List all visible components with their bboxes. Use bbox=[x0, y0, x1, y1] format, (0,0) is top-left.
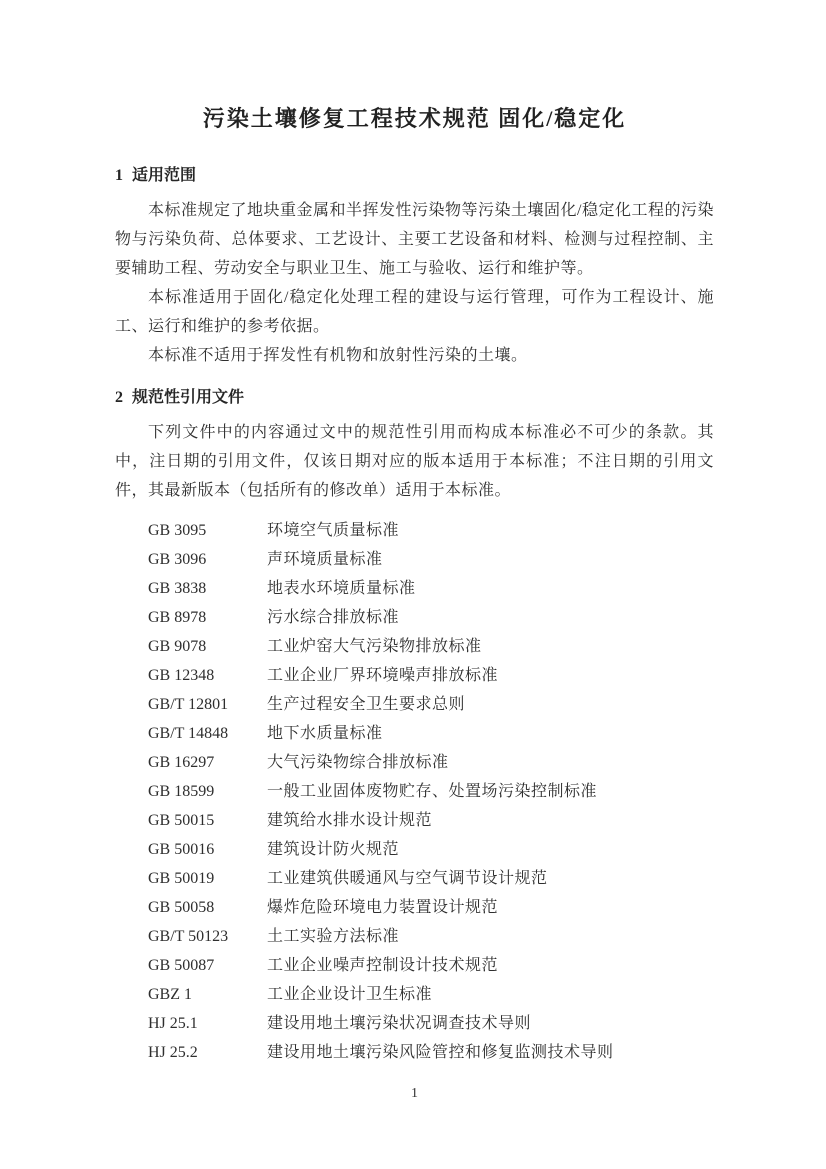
reference-title: 土工实验方法标准 bbox=[267, 922, 714, 951]
reference-code: HJ 25.1 bbox=[148, 1009, 267, 1038]
reference-row: GB 18599 一般工业固体废物贮存、处置场污染控制标准 bbox=[115, 777, 714, 806]
reference-title: 声环境质量标准 bbox=[267, 545, 714, 574]
reference-code: GB 3838 bbox=[148, 574, 267, 603]
paragraph: 下列文件中的内容通过文中的规范性引用而构成本标准必不可少的条款。其中，注日期的引… bbox=[115, 418, 714, 505]
reference-row: GB 3096 声环境质量标准 bbox=[115, 545, 714, 574]
reference-title: 建设用地土壤污染状况调查技术导则 bbox=[267, 1009, 714, 1038]
reference-code: GB 50015 bbox=[148, 806, 267, 835]
reference-row: GB 16297 大气污染物综合排放标准 bbox=[115, 748, 714, 777]
section-normative-references: 2规范性引用文件 下列文件中的内容通过文中的规范性引用而构成本标准必不可少的条款… bbox=[115, 387, 714, 1067]
reference-title: 建筑设计防火规范 bbox=[267, 835, 714, 864]
reference-title: 地表水环境质量标准 bbox=[267, 574, 714, 603]
paragraph: 本标准不适用于挥发性有机物和放射性污染的土壤。 bbox=[115, 341, 714, 370]
reference-row: HJ 25.1 建设用地土壤污染状况调查技术导则 bbox=[115, 1009, 714, 1038]
section-scope-paragraphs: 本标准规定了地块重金属和半挥发性污染物等污染土壤固化/稳定化工程的污染物与污染负… bbox=[115, 196, 714, 370]
reference-row: GB 3838 地表水环境质量标准 bbox=[115, 574, 714, 603]
reference-code: GB/T 14848 bbox=[148, 719, 267, 748]
reference-row: HJ 25.2 建设用地土壤污染风险管控和修复监测技术导则 bbox=[115, 1038, 714, 1067]
reference-title: 工业炉窑大气污染物排放标准 bbox=[267, 632, 714, 661]
section-references-heading: 2规范性引用文件 bbox=[115, 387, 714, 408]
reference-title: 一般工业固体废物贮存、处置场污染控制标准 bbox=[267, 777, 714, 806]
reference-code: GB 16297 bbox=[148, 748, 267, 777]
reference-list: GB 3095 环境空气质量标准 GB 3096 声环境质量标准 GB 3838… bbox=[115, 516, 714, 1067]
reference-code: GB 18599 bbox=[148, 777, 267, 806]
reference-code: GB 50016 bbox=[148, 835, 267, 864]
reference-code: GB 9078 bbox=[148, 632, 267, 661]
reference-code: GB 8978 bbox=[148, 603, 267, 632]
reference-code: GB 3095 bbox=[148, 516, 267, 545]
reference-title: 生产过程安全卫生要求总则 bbox=[267, 690, 714, 719]
reference-row: GB 12348 工业企业厂界环境噪声排放标准 bbox=[115, 661, 714, 690]
section-scope-heading: 1适用范围 bbox=[115, 165, 714, 186]
reference-code: GB 3096 bbox=[148, 545, 267, 574]
section-title: 适用范围 bbox=[132, 167, 196, 184]
reference-row: GB/T 12801 生产过程安全卫生要求总则 bbox=[115, 690, 714, 719]
paragraph: 本标准规定了地块重金属和半挥发性污染物等污染土壤固化/稳定化工程的污染物与污染负… bbox=[115, 196, 714, 283]
reference-row: GB 50015 建筑给水排水设计规范 bbox=[115, 806, 714, 835]
reference-title: 爆炸危险环境电力装置设计规范 bbox=[267, 893, 714, 922]
reference-row: GB 50016 建筑设计防火规范 bbox=[115, 835, 714, 864]
reference-title: 环境空气质量标准 bbox=[267, 516, 714, 545]
reference-row: GB 50087 工业企业噪声控制设计技术规范 bbox=[115, 951, 714, 980]
reference-row: GB 9078 工业炉窑大气污染物排放标准 bbox=[115, 632, 714, 661]
reference-row: GB/T 14848 地下水质量标准 bbox=[115, 719, 714, 748]
paragraph: 本标准适用于固化/稳定化处理工程的建设与运行管理，可作为工程设计、施工、运行和维… bbox=[115, 283, 714, 341]
reference-title: 工业企业噪声控制设计技术规范 bbox=[267, 951, 714, 980]
document-page: 污染土壤修复工程技术规范 固化/稳定化 1适用范围 本标准规定了地块重金属和半挥… bbox=[0, 0, 826, 1169]
reference-code: GB/T 50123 bbox=[148, 922, 267, 951]
reference-title: 污水综合排放标准 bbox=[267, 603, 714, 632]
section-references-paragraphs: 下列文件中的内容通过文中的规范性引用而构成本标准必不可少的条款。其中，注日期的引… bbox=[115, 418, 714, 505]
section-title: 规范性引用文件 bbox=[132, 389, 244, 406]
reference-row: GB 8978 污水综合排放标准 bbox=[115, 603, 714, 632]
reference-code: GB/T 12801 bbox=[148, 690, 267, 719]
reference-code: GBZ 1 bbox=[148, 980, 267, 1009]
page-number: 1 bbox=[115, 1085, 714, 1103]
reference-code: GB 50058 bbox=[148, 893, 267, 922]
reference-code: GB 12348 bbox=[148, 661, 267, 690]
reference-row: GB 50019 工业建筑供暖通风与空气调节设计规范 bbox=[115, 864, 714, 893]
reference-title: 地下水质量标准 bbox=[267, 719, 714, 748]
reference-code: GB 50087 bbox=[148, 951, 267, 980]
reference-code: GB 50019 bbox=[148, 864, 267, 893]
reference-row: GB/T 50123 土工实验方法标准 bbox=[115, 922, 714, 951]
reference-title: 大气污染物综合排放标准 bbox=[267, 748, 714, 777]
reference-title: 建设用地土壤污染风险管控和修复监测技术导则 bbox=[267, 1038, 714, 1067]
section-scope: 1适用范围 本标准规定了地块重金属和半挥发性污染物等污染土壤固化/稳定化工程的污… bbox=[115, 165, 714, 370]
reference-title: 工业企业厂界环境噪声排放标准 bbox=[267, 661, 714, 690]
document-title: 污染土壤修复工程技术规范 固化/稳定化 bbox=[115, 0, 714, 135]
section-number: 1 bbox=[115, 167, 123, 184]
reference-row: GB 3095 环境空气质量标准 bbox=[115, 516, 714, 545]
reference-row: GB 50058 爆炸危险环境电力装置设计规范 bbox=[115, 893, 714, 922]
reference-title: 工业建筑供暖通风与空气调节设计规范 bbox=[267, 864, 714, 893]
reference-title: 工业企业设计卫生标准 bbox=[267, 980, 714, 1009]
section-number: 2 bbox=[115, 389, 123, 406]
reference-code: HJ 25.2 bbox=[148, 1038, 267, 1067]
reference-title: 建筑给水排水设计规范 bbox=[267, 806, 714, 835]
reference-row: GBZ 1 工业企业设计卫生标准 bbox=[115, 980, 714, 1009]
